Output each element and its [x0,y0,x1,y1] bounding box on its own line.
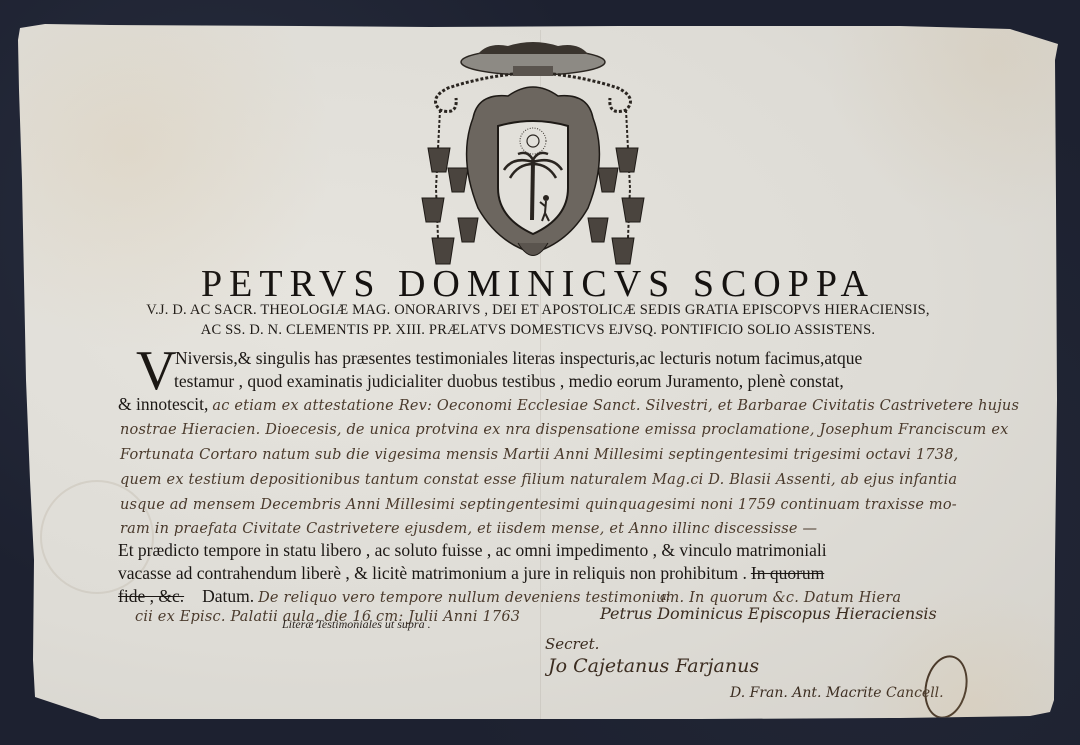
printed-fragment: & innotescit, [118,394,208,414]
issuer-name-title: PETRVS DOMINICVS SCOPPA [118,264,958,304]
fold-crease [540,30,541,720]
printed-fragment: vacasse ad contrahendum liberè , & licit… [118,563,747,583]
mixed-line-11: fide , &c. Datum. De reliquo vero tempor… [118,585,901,610]
issuer-titles-line-2: AC SS. D. N. CLEMENTIS PP. XIII. PRÆLATV… [118,322,958,339]
struck-printed-fragment: In quorum [751,563,824,583]
manuscript-line-7: usque ad mensem Decembris Anni Millesimi… [120,494,957,517]
faded-seal-impression [40,480,154,594]
issuer-titles-line-1: V.J. D. AC SACR. THEOLOGIÆ MAG. ONORARIV… [118,302,958,319]
coat-of-arms-icon [418,38,648,270]
manuscript-line-6: quem ex testium depositionibus tantum co… [120,469,957,492]
manuscript-line-5: Fortunata Cortaro natum sub die vigesima… [120,444,958,467]
printed-line-9: Et prædicto tempore in statu libero , ac… [118,539,827,562]
manuscript-line-8: ram in praefata Civitate Castrivetere ej… [120,518,817,541]
secretary-signature: Jo Cajetanus Farjanus [548,655,759,677]
manuscript-fragment: ac etiam ex attestatione Rev: Oeconomi E… [212,398,1019,414]
mixed-line-3: & innotescit, ac etiam ex attestatione R… [118,393,1019,418]
printed-footer: Literæ Testimoniales ut supra . [282,617,431,632]
document-content: PETRVS DOMINICVS SCOPPA V.J. D. AC SACR.… [0,0,1080,745]
manuscript-fragment: De reliquo vero tempore nullum deveniens… [258,590,901,606]
datum-label: Datum. [202,586,254,606]
drop-cap: V [136,346,176,396]
signature-flourish-icon [919,651,973,722]
printed-line-2: testamur , quod examinatis judicialiter … [174,370,844,393]
struck-printed-fragment: fide , &c. [118,586,184,606]
secretary-label: Secret. [545,635,599,653]
printed-line-1: Niversis,& singulis has præsentes testim… [175,347,862,370]
parchment-sheet: PETRVS DOMINICVS SCOPPA V.J. D. AC SACR.… [0,0,1080,745]
bishop-signature: Petrus Dominicus Episcopus Hieraciensis [600,604,937,623]
manuscript-line-4: nostrae Hieracien. Dioecesis, de unica p… [120,419,1008,442]
bishop-signature-superscript: al [660,590,670,603]
manuscript-date-line: cii ex Episc. Palatii aula, die 16 cm: J… [135,606,520,629]
chancellor-signature: D. Fran. Ant. Macrite Cancell. [730,685,944,701]
mixed-line-10: vacasse ad contrahendum liberè , & licit… [118,562,824,585]
